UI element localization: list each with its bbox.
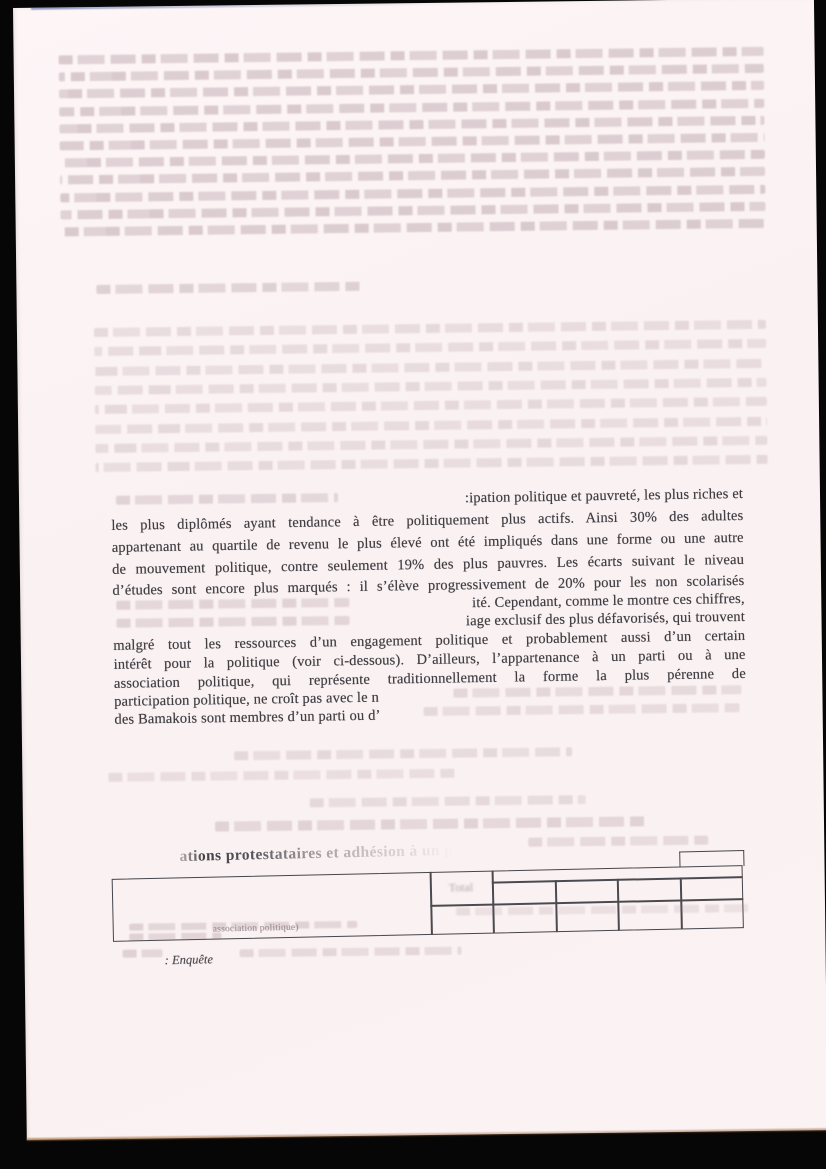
top-paragraph-ghost — [60, 133, 765, 151]
middle-paragraph-ghost — [94, 320, 766, 337]
main-paragraph: :ipation politique et pauvreté, les plus… — [111, 485, 747, 737]
top-paragraph-ghost — [59, 64, 764, 82]
table-outer-border — [112, 865, 744, 942]
table-caption-ghost — [310, 795, 586, 807]
middle-paragraph-ghost — [95, 397, 767, 414]
scanner-background: :ipation politique et pauvreté, les plus… — [0, 0, 826, 1169]
source-lead-ghost — [123, 949, 163, 957]
middle-paragraph-ghost — [95, 378, 767, 395]
table-source-line: : Enquête — [165, 952, 214, 968]
source-tail-ghost — [240, 947, 462, 958]
table-caption-ghost — [215, 816, 645, 831]
table-title: ations protestataires et adhésion à un p — [179, 842, 453, 866]
table-total-header: Total — [430, 880, 492, 896]
page: :ipation politique et pauvreté, les plus… — [13, 0, 826, 1140]
top-paragraph-ghost — [59, 81, 764, 99]
top-paragraph-ghost — [59, 98, 764, 116]
top-paragraph-ghost — [60, 202, 765, 220]
data-table: Total association politique) — [112, 865, 744, 942]
middle-paragraph-ghost — [94, 339, 766, 356]
table-row2-label-lead-ghost — [129, 933, 221, 941]
title-right-ghost — [528, 836, 708, 847]
top-paragraph-ghost — [60, 167, 765, 185]
section-heading-ghost — [96, 282, 361, 294]
table-raised-header-cell — [679, 850, 744, 867]
middle-paragraph-ghost — [96, 455, 768, 472]
top-paragraph-ghost — [60, 184, 765, 202]
below-paragraph-ghost — [108, 769, 456, 782]
middle-paragraph-ghost — [95, 416, 767, 433]
top-paragraph-ghost — [59, 116, 764, 134]
below-paragraph-ghost — [234, 747, 572, 760]
top-paragraph-ghost — [61, 219, 766, 237]
middle-paragraph-ghost — [94, 358, 766, 375]
top-paragraph-ghost — [60, 150, 765, 168]
top-paragraph-ghost — [59, 47, 764, 65]
middle-paragraph-ghost — [95, 436, 767, 453]
